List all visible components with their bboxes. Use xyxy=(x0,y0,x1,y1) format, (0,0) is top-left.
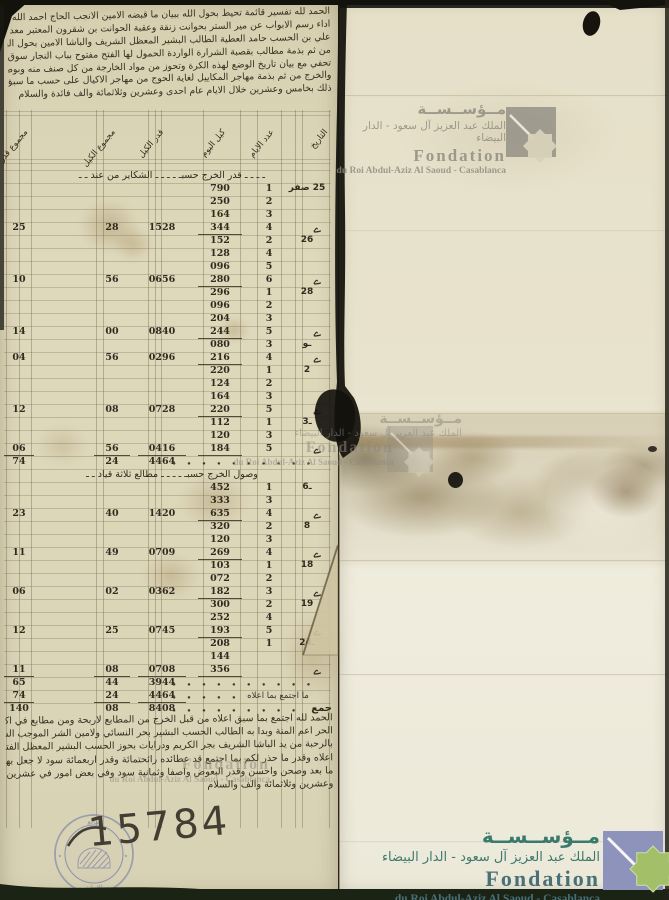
cell-e: 2 xyxy=(255,300,283,312)
cell-b: 24 xyxy=(94,690,130,703)
cell-b: 08 xyxy=(94,703,130,715)
table-rule-horizontal xyxy=(4,111,331,112)
table-row: 122507451935ے xyxy=(0,625,338,638)
cell-e: 3 xyxy=(255,313,283,325)
table-row: 22012 xyxy=(0,365,338,378)
column-header: التاريخ xyxy=(266,116,330,160)
table-row: 0965 xyxy=(0,261,338,274)
cell-d: 333 xyxy=(198,495,242,507)
table-row: 1242 xyxy=(0,378,338,391)
cell-f: 18 xyxy=(284,560,330,572)
table-row: 1203 xyxy=(0,430,338,443)
cell-d: 244 xyxy=(198,326,242,339)
table-row: 65443944∙ ∙ ∙ ∙ ∙ ∙ ∙ ∙ ∙ ∙ ∙ ∙ ∙ ∙ ∙ ∙ … xyxy=(0,677,338,690)
cell-c: 0840 xyxy=(138,326,186,338)
cell-b: 44 xyxy=(94,677,130,689)
cell-e: 4 xyxy=(255,508,283,520)
cell-f: 8 xyxy=(284,521,330,533)
cell-e: 1 xyxy=(255,183,283,195)
table-row: 11080708356ے xyxy=(0,664,338,677)
cell-e: 2 xyxy=(255,235,283,247)
cell-e: 4 xyxy=(255,222,283,234)
table-row: 045602962164ے xyxy=(0,352,338,365)
cell-d: 296 xyxy=(198,287,242,299)
cell-e: 4 xyxy=(255,248,283,260)
table-row: 74244464∙ ∙ ∙ ∙ ∙ ∙ ∙ ∙ ∙ ∙ ∙ ∙ ∙ ∙ ∙ ∙ … xyxy=(0,456,338,469)
cell-c: 0296 xyxy=(138,352,186,364)
table-row: 2502 xyxy=(0,196,338,209)
cell-a: 74 xyxy=(4,456,34,468)
table-row: 790125 صفر xyxy=(0,183,338,196)
cell-d: 144 xyxy=(198,651,242,663)
fold-crease xyxy=(339,230,669,232)
watermark-latin-subtitle: du Roi Abdul-Aziz Al Saoud - Casablanca xyxy=(320,893,600,900)
cell-d: 096 xyxy=(198,261,242,273)
cell-b: 25 xyxy=(94,625,130,637)
cell-d: 220 xyxy=(198,404,242,417)
cell-d: 204 xyxy=(198,313,242,325)
cell-e: 3 xyxy=(255,586,283,598)
cell-d: 152 xyxy=(198,235,242,247)
cell-d: 128 xyxy=(198,248,242,260)
column-header: مجموع قدر الحب xyxy=(0,116,30,160)
cell-f: 2 xyxy=(284,365,330,377)
table-row: ـ ـ ـ ـ قدر الخرج حسبـ ـ ـ ـ ـ الشكاير م… xyxy=(0,170,338,183)
cell-e: 4 xyxy=(255,612,283,624)
cell-e: 1 xyxy=(255,287,283,299)
bottom-paragraph: الحمد لله اجتمع بما سبق اعلاه من قبل الخ… xyxy=(6,712,334,795)
cell-d: 182 xyxy=(198,586,242,599)
cell-d: 164 xyxy=(198,209,242,221)
cell-a: 25 xyxy=(4,222,34,234)
page-left-manuscript-leaf: الحمد لله تفسير قائمة تحيط بحول الله ببي… xyxy=(0,0,338,896)
table-row: 4521ـ6 xyxy=(0,482,338,495)
cell-e: 3 xyxy=(255,339,283,351)
section-heading: ـ ـ ـ ـ قدر الخرج حسبـ ـ ـ ـ ـ الشكاير م… xyxy=(54,170,290,181)
cell-f: ـ3 xyxy=(284,417,330,429)
scanned-document-photo: الحمد لله تفسير قائمة تحيط بحول الله ببي… xyxy=(0,0,669,900)
table-row: 144 xyxy=(0,651,338,664)
table-row: 2081ـ24 xyxy=(0,638,338,651)
cell-a: 65 xyxy=(4,677,34,689)
cell-d: 096 xyxy=(198,300,242,312)
dot-leader: ∙ ∙ ∙ ∙ ∙ ∙ ∙ ∙ ∙ ∙ ∙ ∙ ∙ ∙ ∙ ∙ ∙ ∙ xyxy=(172,679,322,689)
cell-b: 56 xyxy=(94,443,130,456)
ink-blot xyxy=(580,9,603,37)
cell-c: 0745 xyxy=(138,625,186,637)
cell-b: 56 xyxy=(94,352,130,364)
table-row: 103118 xyxy=(0,560,338,573)
cell-e: 5 xyxy=(255,261,283,273)
stain-streak xyxy=(339,436,669,448)
cell-e: 1 xyxy=(255,417,283,429)
cell-b: 56 xyxy=(94,274,130,286)
dot-leader: ∙ ∙ ∙ ∙ ∙ ∙ ∙ ∙ ∙ ∙ ∙ ∙ ∙ ∙ ∙ ∙ ∙ ∙ xyxy=(172,692,236,702)
cell-e: 2 xyxy=(255,378,283,390)
table-row: 74244464∙ ∙ ∙ ∙ ∙ ∙ ∙ ∙ ∙ ∙ ∙ ∙ ∙ ∙ ∙ ∙ … xyxy=(0,690,338,703)
cell-a: 10 xyxy=(4,274,34,286)
page-right-blank-leaf xyxy=(339,0,669,893)
table-row: 120807282205ے xyxy=(0,404,338,417)
cell-e: 3 xyxy=(255,391,283,403)
cell-d: 164 xyxy=(198,391,242,403)
cell-a: 12 xyxy=(4,404,34,416)
cell-f: 28 xyxy=(284,287,330,299)
cell-d: 280 xyxy=(198,274,242,287)
cell-b: 49 xyxy=(94,547,130,559)
cell-d: 208 xyxy=(198,638,242,650)
cell-a: 11 xyxy=(4,664,34,677)
cell-a: 06 xyxy=(4,443,34,456)
cell-f: ـ6 xyxy=(284,482,330,494)
cell-d: 072 xyxy=(198,573,242,585)
cell-d: 452 xyxy=(198,482,242,494)
cell-a: 11 xyxy=(4,547,34,559)
cell-d: 790 xyxy=(198,183,242,195)
cell-d: 103 xyxy=(198,560,242,572)
cell-c: 0656 xyxy=(138,274,186,286)
cell-b: 00 xyxy=(94,326,130,338)
cell-d: 250 xyxy=(198,196,242,208)
table-row: 300219 xyxy=(0,599,338,612)
table-row: 0722 xyxy=(0,573,338,586)
cell-f: 19 xyxy=(284,599,330,611)
table-row: 252815283444ے xyxy=(0,222,338,235)
cell-a: 12 xyxy=(4,625,34,637)
cell-e: 1 xyxy=(255,638,283,650)
cell-f: 26 xyxy=(284,235,330,247)
cell-e: 2 xyxy=(255,196,283,208)
fold-crease xyxy=(339,95,669,97)
table-row: 1284 xyxy=(0,248,338,261)
cell-d: 184 xyxy=(198,443,242,456)
cell-d: 320 xyxy=(198,521,242,533)
fold-crease xyxy=(339,841,669,843)
svg-text:٭: ٭ xyxy=(58,852,62,860)
fold-crease xyxy=(339,674,669,676)
table-row: 065604161845ے xyxy=(0,443,338,456)
cell-e: 3 xyxy=(255,534,283,546)
table-row: 2043 xyxy=(0,313,338,326)
section-heading: وصول الخرج حسبـ ـ ـ ـ ـ مطالع ثلاثة قياد… xyxy=(54,469,290,480)
dot-leader: ∙ ∙ ∙ ∙ ∙ ∙ ∙ ∙ ∙ ∙ ∙ ∙ ∙ ∙ ∙ ∙ ∙ ∙ xyxy=(172,458,322,468)
cell-c: 1528 xyxy=(138,222,186,234)
table-row: 32028 xyxy=(0,521,338,534)
cell-e: 4 xyxy=(255,547,283,559)
cell-a: 04 xyxy=(4,352,34,364)
table-row: 234014206354ے xyxy=(0,508,338,521)
cell-e: 3 xyxy=(255,209,283,221)
cell-c: 0708 xyxy=(138,664,186,677)
table-row: 140008402445ے xyxy=(0,326,338,339)
cell-d: 120 xyxy=(198,534,242,546)
cell-d: 220 xyxy=(198,365,242,377)
cell-d: 344 xyxy=(198,222,242,235)
column-header-label: قدر الكيل xyxy=(136,128,166,160)
cell-a: 14 xyxy=(4,326,34,338)
row-note: ما اجتمع بما اعلاه xyxy=(238,691,318,701)
cell-f: 25 صفر xyxy=(284,183,330,195)
cell-d: 080 xyxy=(198,339,242,351)
cell-e: 2 xyxy=(255,521,283,533)
cell-e: 5 xyxy=(255,404,283,416)
cell-d: 112 xyxy=(198,417,242,429)
cell-f: ـ24 xyxy=(284,638,330,650)
table-rule-horizontal xyxy=(4,163,331,164)
cell-e: 1 xyxy=(255,482,283,494)
cell-c: 0728 xyxy=(138,404,186,416)
cell-a: 74 xyxy=(4,690,34,703)
column-header: قدر الكيل xyxy=(102,116,166,160)
cell-b: 40 xyxy=(94,508,130,520)
cell-e: 3 xyxy=(255,430,283,442)
table-row: 1121ـ3 xyxy=(0,417,338,430)
cell-c: 0709 xyxy=(138,547,186,559)
cell-b: 08 xyxy=(94,664,130,677)
table-row: 2524 xyxy=(0,612,338,625)
svg-text:٭: ٭ xyxy=(124,852,128,860)
table-row: 105606562806ے xyxy=(0,274,338,287)
cell-e: 3 xyxy=(255,495,283,507)
cell-d: 269 xyxy=(198,547,242,560)
cell-d: 124 xyxy=(198,378,242,390)
cell-c: 0362 xyxy=(138,586,186,598)
column-header-label: التاريخ xyxy=(308,128,330,151)
table-row: 0962 xyxy=(0,300,338,313)
table-row: 0803ـو xyxy=(0,339,338,352)
cell-e: 5 xyxy=(255,326,283,338)
cell-d: 635 xyxy=(198,508,242,521)
cell-e: 2 xyxy=(255,599,283,611)
cell-d: 252 xyxy=(198,612,242,624)
cell-b: 08 xyxy=(94,404,130,416)
table-row: 296128 xyxy=(0,287,338,300)
cell-c: 1420 xyxy=(138,508,186,520)
cell-e: 4 xyxy=(255,352,283,364)
table-row: وصول الخرج حسبـ ـ ـ ـ ـ مطالع ثلاثة قياد… xyxy=(0,469,338,482)
table-row: 1643 xyxy=(0,391,338,404)
cell-d: 120 xyxy=(198,430,242,442)
cell-d: 356 xyxy=(198,664,242,677)
cell-e: 5 xyxy=(255,625,283,637)
cell-e: 1 xyxy=(255,560,283,572)
table-row: 152226 xyxy=(0,235,338,248)
table-row: 114907092694ے xyxy=(0,547,338,560)
cell-a: 06 xyxy=(4,586,34,598)
table-row: 3333 xyxy=(0,495,338,508)
cell-d: 193 xyxy=(198,625,242,638)
cell-e: 5 xyxy=(255,443,283,455)
table-row: 060203621823ے xyxy=(0,586,338,599)
cell-e: 2 xyxy=(255,573,283,585)
stamp-ring-text: الامانة xyxy=(85,884,103,892)
cell-b: 02 xyxy=(94,586,130,598)
cell-b: 24 xyxy=(94,456,130,468)
cell-d: 216 xyxy=(198,352,242,365)
table-row: 1643 xyxy=(0,209,338,222)
cell-b: 28 xyxy=(94,222,130,234)
cell-c: 0416 xyxy=(138,443,186,456)
table-row: 1203 xyxy=(0,534,338,547)
cell-e: 6 xyxy=(255,274,283,286)
cell-a: 140 xyxy=(4,703,34,715)
cell-e: 1 xyxy=(255,365,283,377)
cell-d: 300 xyxy=(198,599,242,611)
cell-a: 23 xyxy=(4,508,34,520)
